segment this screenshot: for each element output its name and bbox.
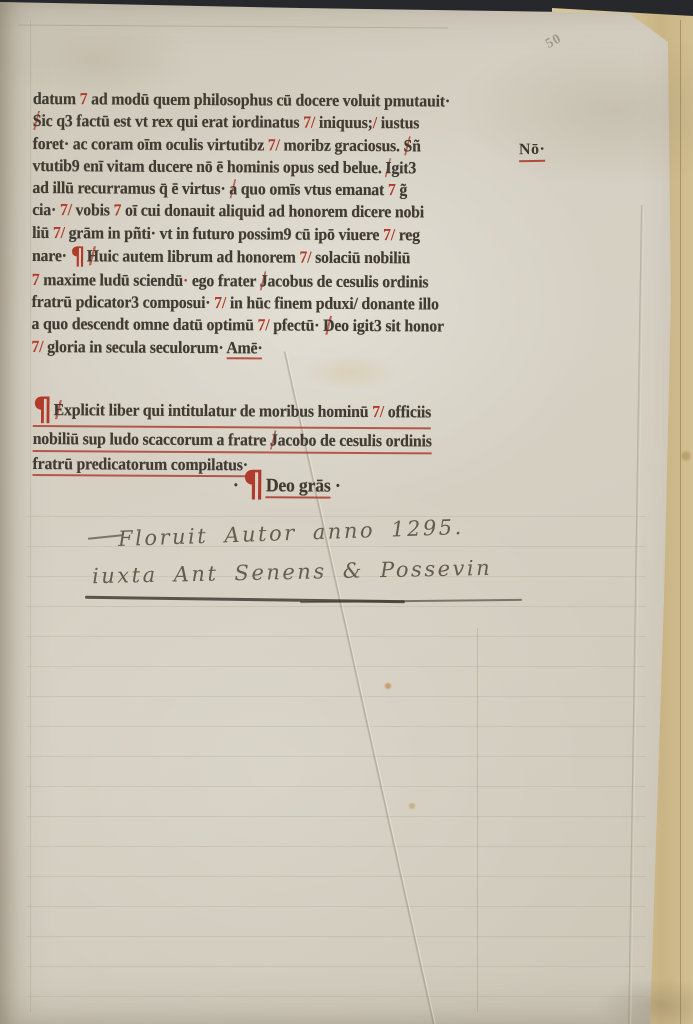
text-segment: datum xyxy=(33,89,80,108)
text-segment: ego frater xyxy=(188,271,260,290)
text-segment: S xyxy=(404,136,413,155)
pilcrow-mark: ¶ xyxy=(70,241,85,270)
text-segment: nare· xyxy=(32,246,71,265)
text-segment: vobis xyxy=(72,201,114,220)
text-segment: acobus de cesulis ordinis xyxy=(267,271,428,291)
text-segment: iniquus; xyxy=(315,113,373,132)
text-segment: 7 xyxy=(80,89,88,108)
text-segment: in hūc finem pduxi/ donante illo xyxy=(226,293,439,313)
text-segment: Deo grās xyxy=(266,475,331,498)
text-segment: reg xyxy=(395,225,420,244)
text-segment: · xyxy=(331,476,341,497)
text-segment: moribz graciosus. xyxy=(280,135,404,155)
text-segment: a xyxy=(229,179,237,198)
text-segment: fratrū pdicator3 composui· xyxy=(32,292,215,312)
manuscript-line: 7 maxime ludū sciendū· ego frater Jacobu… xyxy=(32,269,429,294)
text-segment: 7/ xyxy=(383,225,395,244)
text-segment: 7/ xyxy=(214,293,226,312)
text-segment: gloria in secula seculorum· xyxy=(43,337,226,357)
text-segment: g̃ xyxy=(396,180,408,199)
text-segment: 7 xyxy=(388,180,396,199)
text-segment: 7/ xyxy=(268,135,280,154)
text-segment: 7/ xyxy=(372,402,384,421)
manuscript-line: liū 7/ grām in pñti· vt in futuro possim… xyxy=(32,222,420,247)
text-segment: vtutib9 enī vitam ducere nō ē hominis op… xyxy=(32,156,385,177)
manuscript-line: a quo descendt omne datū optimū 7/ pfect… xyxy=(31,313,443,338)
pilcrow-mark: ¶ xyxy=(33,390,52,428)
text-segment: D xyxy=(323,316,334,335)
text-segment: uic autem librum ad honorem xyxy=(99,246,300,266)
text-segment: iustus xyxy=(377,113,419,132)
text-segment: ic q3 factū est vt rex qui erat iordinat… xyxy=(41,111,303,132)
manuscript-line: foret· ac coram oīm oculis virtutibz 7/ … xyxy=(33,133,421,158)
text-segment: pfectū· xyxy=(269,316,323,335)
text-segment: 7/ xyxy=(257,316,269,335)
text-segment: acobo de cesulis ordinis xyxy=(278,431,432,451)
main-text-block: datum 7 ad modū quem philosophus cū doce… xyxy=(31,88,481,361)
text-segment: grām in pñti· vt in futuro possim9 cū ip… xyxy=(65,223,383,244)
text-segment: officiis xyxy=(384,402,431,421)
deo-gratias-line: · ¶Deo grās · xyxy=(233,466,349,503)
manuscript-line: 7/ gloria in secula seculorum· Amē· xyxy=(31,336,262,360)
text-segment: cia· xyxy=(32,200,60,219)
manuscript-line: nobiliū sup ludo scaccorum a fratre Jaco… xyxy=(33,428,432,454)
text-segment: nobiliū sup ludo scaccorum a fratre xyxy=(33,429,270,449)
manuscript-line: vtutib9 enī vitam ducere nō ē hominis op… xyxy=(32,155,416,180)
text-segment: E xyxy=(54,400,64,419)
manuscript-line: ¶Explicit liber qui intitulatur de morib… xyxy=(33,393,431,430)
manuscript-line: datum 7 ad modū quem philosophus cū doce… xyxy=(33,88,450,113)
text-segment: 7/ xyxy=(53,223,65,242)
manuscript-line: cia· 7/ vobis 7 oī cui donauit aliquid a… xyxy=(32,199,424,224)
text-segment: 7 xyxy=(114,201,122,220)
leaf-edge-line xyxy=(680,20,681,1024)
margin-nota-mark: Nō· xyxy=(519,141,546,162)
text-segment: H xyxy=(87,246,99,265)
manuscript-line: fratrū predicatorum compilatus· xyxy=(32,453,247,478)
manuscript-line: fratrū pdicator3 composui· 7/ in hūc fin… xyxy=(32,291,439,316)
manuscript-line: Sic q3 factū est vt rex qui erat iordina… xyxy=(33,110,420,135)
text-segment: eo igit3 sit honor xyxy=(334,316,444,336)
text-segment: ñ xyxy=(412,136,421,155)
text-segment: xplicit liber qui intitulatur de moribus… xyxy=(64,400,372,421)
text-segment: 7/ xyxy=(60,201,72,220)
text-segment: Amē· xyxy=(226,338,262,359)
text-segment: liū xyxy=(32,223,53,242)
pilcrow-mark: ¶ xyxy=(243,463,264,505)
text-segment: a quo descendt omne datū optimū xyxy=(32,314,258,334)
text-segment: git3 xyxy=(391,158,416,177)
text-segment: solaciū nobiliū xyxy=(311,248,410,268)
text-segment: foret· ac coram oīm oculis virtutibz xyxy=(33,134,268,154)
text-segment: ad modū quem philosophus cū docere volui… xyxy=(87,89,450,110)
text-segment: fratrū predicatorum compilatus· xyxy=(33,454,248,474)
manuscript-line: nare· ¶Huic autem librum ad honorem 7/ s… xyxy=(32,244,410,271)
text-segment: oī cui donauit aliquid ad honorem dicere… xyxy=(121,201,424,222)
text-segment: · xyxy=(233,475,243,496)
text-segment: quo omīs vtus emanat xyxy=(237,179,388,199)
text-segment: maxime ludū sciendū xyxy=(40,270,184,290)
text-segment: 7/ xyxy=(303,113,315,132)
text-segment: 7/ xyxy=(31,337,43,356)
photographed-manuscript: datum 7 ad modū quem philosophus cū doce… xyxy=(0,0,693,1024)
manuscript-line: ad illū recurramus q̄ ē virtus· a quo om… xyxy=(32,177,407,202)
manuscript-line: · ¶Deo grās · xyxy=(233,466,341,503)
text-segment: ad illū recurramus q̄ ē virtus· xyxy=(32,178,229,198)
text-segment: 7/ xyxy=(299,248,311,267)
